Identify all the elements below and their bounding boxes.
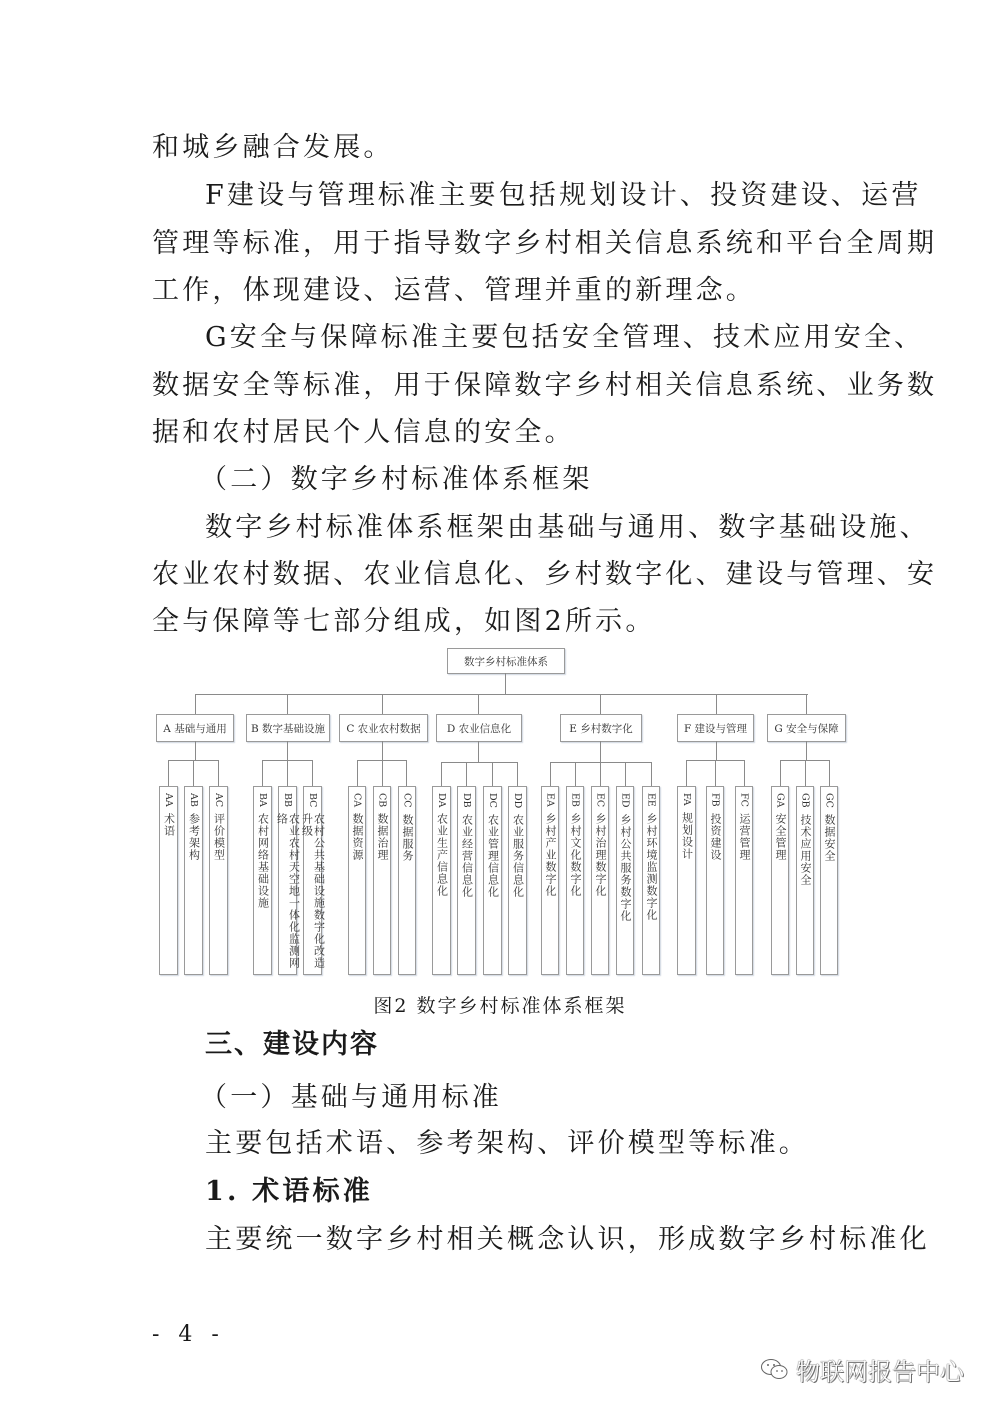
connector [478, 694, 479, 714]
leaf-box-fc: FC运营管理 [735, 786, 753, 975]
leaf-box-ec: EC乡村治理数字化 [591, 786, 609, 975]
paragraph-line: 工作，体现建设、运营、管理并重的新理念。 [152, 273, 756, 309]
leaf-box-dd: DD农业服务信息化 [508, 786, 527, 975]
category-box-g: G 安全与保障 [767, 714, 846, 742]
paragraph-line: 农业农村数据、农业信息化、乡村数字化、建设与管理、安 [152, 557, 937, 593]
category-box-a: A 基础与通用 [156, 714, 234, 742]
paragraph-line: G安全与保障标准主要包括安全管理、技术应用安全、 [205, 320, 924, 356]
leaf-box-ca: CA数据资源 [348, 786, 366, 975]
connector [505, 673, 506, 694]
connector [168, 760, 219, 761]
leaf-box-cc: CC数据服务 [398, 786, 416, 975]
leaf-box-gc: GC数据安全 [820, 786, 838, 975]
category-box-c: C 农业农村数据 [339, 714, 428, 742]
leaf-box-ba: BA农村网络基础设施 [253, 786, 272, 975]
connector [686, 760, 744, 761]
standards-framework-diagram: 数字乡村标准体系 A 基础与通用 B 数字基础设施 C 农业农村数据 D 农业信… [0, 0, 1000, 1000]
leaf-box-db: DB农业经营信息化 [457, 786, 476, 975]
leaf-box-ac: AC评价模型 [209, 786, 228, 975]
paragraph-line: F建设与管理标准主要包括规划设计、投资建设、运营 [205, 178, 922, 214]
watermark-text: 物联网报告中心 [796, 1352, 964, 1387]
leaf-box-da: DA农业生产信息化 [432, 786, 451, 975]
leaf-box-ed: ED乡村公共服务数字化 [616, 786, 634, 975]
connector [441, 762, 518, 763]
connector [382, 694, 383, 714]
connector [262, 760, 313, 761]
paragraph-line: 管理等标准，用于指导数字乡村相关信息系统和平台全周期 [152, 226, 937, 262]
leaf-box-eb: EB乡村文化数字化 [566, 786, 584, 975]
connector [600, 741, 601, 763]
paragraph-line: 主要统一数字乡村相关概念认识，形成数字乡村标准化 [205, 1222, 930, 1258]
connector [780, 760, 830, 761]
section-heading: （二）数字乡村标准体系框架 [200, 462, 593, 498]
leaf-box-fa: FA规划设计 [677, 786, 696, 975]
leaf-box-bc: BC农村公共基础设施数字化改造升级 [303, 786, 322, 975]
paragraph-line: 和城乡融合发展。 [152, 130, 394, 166]
connector [195, 694, 808, 695]
connector [195, 694, 196, 714]
leaf-box-aa: AA术语 [159, 786, 178, 975]
connector [478, 741, 479, 763]
leaf-box-cb: CB数据治理 [373, 786, 391, 975]
category-box-e: E 乡村数字化 [560, 714, 642, 742]
leaf-box-ga: GA安全管理 [771, 786, 789, 975]
connector [357, 760, 407, 761]
leaf-box-ea: EA乡村产业数字化 [541, 786, 559, 975]
paragraph-line: 据和农村居民个人信息的安全。 [152, 415, 575, 451]
connector [550, 762, 651, 763]
connector [716, 741, 717, 761]
connector [287, 741, 288, 761]
category-box-b: B 数字基础设施 [246, 714, 330, 742]
connector [195, 741, 196, 761]
diagram-root-box: 数字乡村标准体系 [447, 648, 565, 674]
leaf-box-dc: DC农业管理信息化 [483, 786, 502, 975]
wechat-icon [760, 1358, 790, 1382]
section-heading: （一）基础与通用标准 [200, 1080, 502, 1116]
paragraph-line: 数字乡村标准体系框架由基础与通用、数字基础设施、 [205, 510, 930, 546]
chapter-heading: 三、建设内容 [205, 1027, 379, 1063]
paragraph-line: 数据安全等标准，用于保障数字乡村相关信息系统、业务数 [152, 368, 937, 404]
connector [382, 741, 383, 761]
leaf-box-fb: FB投资建设 [706, 786, 724, 975]
connector [806, 741, 807, 761]
paragraph-line: 全与保障等七部分组成，如图2所示。 [152, 604, 656, 640]
connector [716, 694, 717, 714]
watermark: 物联网报告中心 [760, 1352, 964, 1387]
leaf-box-ee: EE乡村环境监测数字化 [642, 786, 660, 975]
category-box-d: D 农业信息化 [436, 714, 522, 742]
paragraph-line: 主要包括术语、参考架构、评价模型等标准。 [205, 1126, 809, 1162]
category-box-f: F 建设与管理 [677, 714, 754, 742]
leaf-box-ab: AB参考架构 [184, 786, 203, 975]
figure-caption: 图2 数字乡村标准体系框架 [0, 991, 1000, 1018]
leaf-box-bb: BB农业农村天空地一体化监测网络 [278, 786, 297, 975]
page-number: - 4 - [152, 1322, 225, 1347]
leaf-box-gb: GB技术应用安全 [796, 786, 814, 975]
connector [600, 694, 601, 714]
item-heading: 1. 术语标准 [205, 1174, 373, 1210]
connector [287, 694, 288, 714]
connector [806, 694, 807, 714]
